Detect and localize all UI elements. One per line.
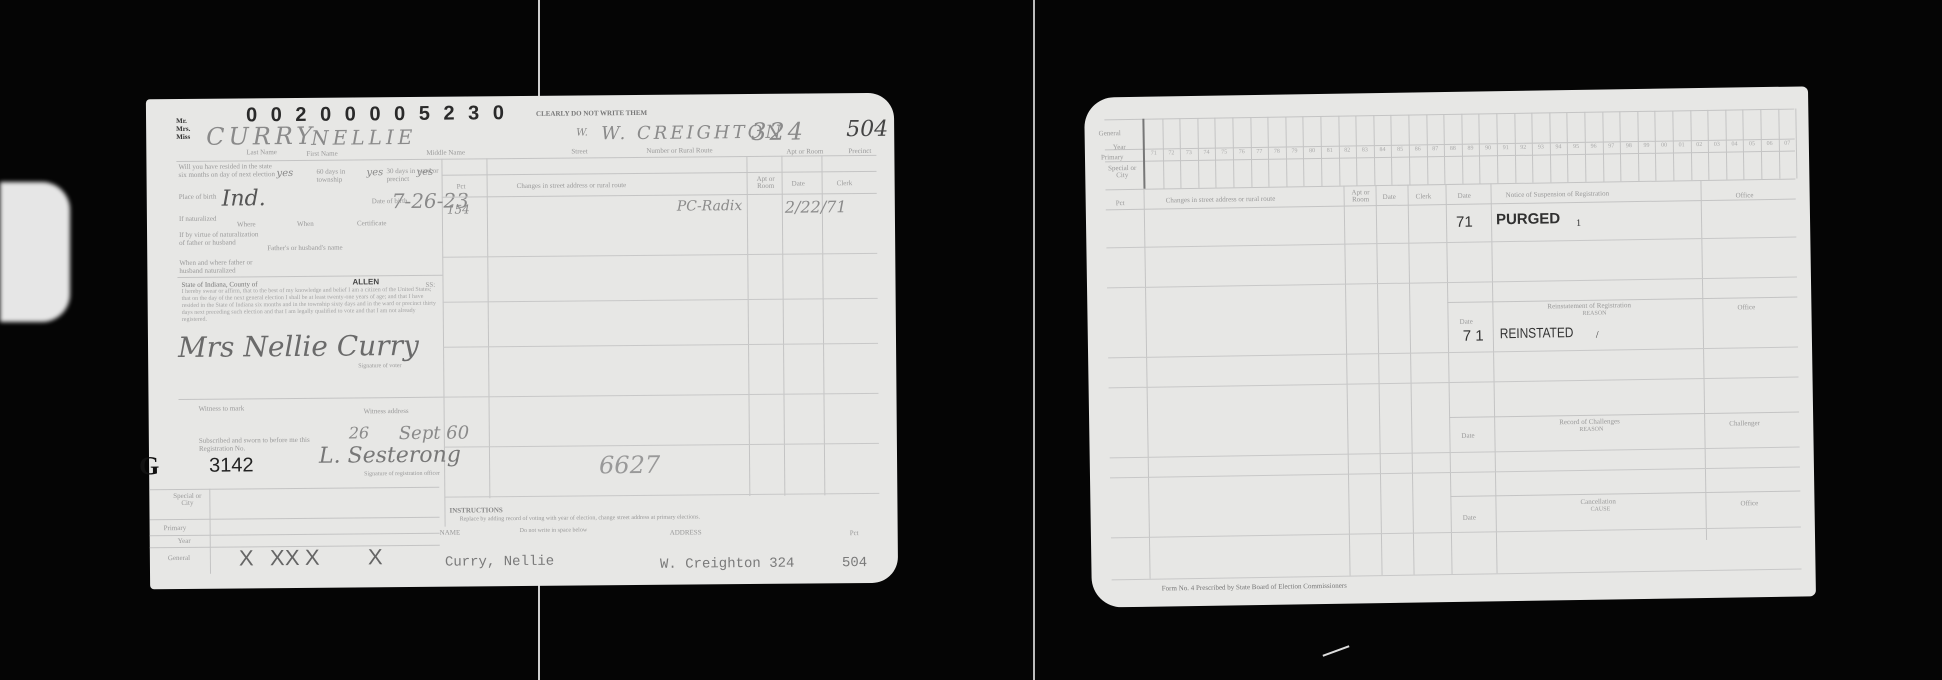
voter-signature: Mrs Nellie Curry [178,329,419,364]
oath-text: I hereby swear or affirm, that to the be… [182,287,440,324]
year-cell: 90 [1479,145,1497,151]
registration-letter: G [139,451,159,481]
col-clerk: Clerk [837,179,853,187]
suspension-section: Date Notice of Suspension of Registratio… [1084,86,1808,97]
col-clerk: Clerk [1416,192,1432,200]
year-cell: 05 [1743,141,1761,147]
label-precinct: Precinct [848,147,871,155]
header-note: CLEARLY DO NOT WRITE THEM [536,109,647,118]
year-cell: 73 [1180,150,1198,156]
reinstatement-date-label: Date [1460,318,1473,326]
cancellation-title: Cancellation [1580,497,1616,506]
house-number: 324 [751,118,806,146]
year-cell: 77 [1250,149,1268,155]
vote-mark: X [270,545,285,571]
cancellation-date-label: Date [1463,514,1476,522]
label-where: Where [237,220,256,228]
cancellation-office-label: Office [1740,499,1758,507]
label-street: Street [571,147,587,155]
year-cell: 78 [1268,149,1286,155]
label-last-name: Last Name [246,148,277,156]
answer-precinct: yes [416,167,433,178]
subscribed-label: Subscribed and sworn to before me this [199,436,310,445]
year-cell: 72 [1162,150,1180,156]
vote-mark: X [368,544,383,570]
challenges-section: Record of Challenges REASON Date Challen… [1084,86,1808,97]
col-apt: Apt or Room [1348,189,1374,203]
year-cell: 98 [1620,143,1638,149]
precinct: 504 [846,117,888,142]
year-cell: 80 [1303,148,1321,154]
reinstatement-office-label: Office [1737,303,1755,311]
challenges-date-label: Date [1461,432,1474,440]
grid-label-general: General [1099,129,1121,137]
year-cell: 94 [1550,144,1568,150]
reinstatement-reason: REASON [1582,311,1606,317]
suspension-title: Notice of Suspension of Registration [1506,189,1610,199]
vote-mark: X [305,545,320,571]
year-cell: 74 [1198,150,1216,156]
col-pct: Pct [1116,199,1125,207]
challenges-title: Record of Challenges [1559,417,1620,426]
col-date: Date [792,180,805,188]
grid-label-special: Special or City [1105,165,1139,180]
suspension-office-label: Office [1736,191,1754,199]
question-parent-naturalization: If by virtue of naturalization of father… [179,230,259,247]
year-cell: 83 [1356,147,1374,153]
instructions-text: Replace by adding record of voting with … [460,514,700,522]
salutations: Mr. Mrs. Miss [176,117,190,141]
registrar-label: Signature of registration officer [364,471,440,478]
instructions-pct-label: Pct [850,529,859,537]
year-cell: 87 [1426,146,1444,152]
col-changes: Changes in street address or rural route [1166,195,1276,205]
frame-divider [1033,0,1035,680]
question-resided-state: Will you have resided in the state six m… [178,162,278,179]
year-cell: 97 [1602,143,1620,149]
year-cell: 99 [1638,143,1656,149]
year-cell: 81 [1321,148,1339,154]
year-cell: 85 [1391,147,1409,153]
grid-label-special: Special or City [169,493,205,507]
witness-label: Witness to mark [199,404,245,412]
year-cell: 76 [1233,149,1251,155]
col-apt: Apt or Room [752,176,780,190]
col-pct: Pct [457,182,466,190]
adjacent-card-fragment [0,182,70,322]
first-name: NELLIE [311,125,416,150]
suspension-date: 71 [1456,214,1473,231]
reinstatement-entry: REINSTATED [1500,324,1574,341]
year-cell: 07 [1778,141,1796,147]
voter-card-back: General Year Primary Special or City 717… [1084,86,1816,607]
suspension-date-label: Date [1458,192,1471,200]
grid-label-primary: Primary [164,524,187,532]
typed-pct: 504 [842,555,867,571]
witness-address-label: Witness address [364,407,409,415]
instructions-title: INSTRUCTIONS [449,506,502,514]
film-scratch [1323,645,1350,656]
change-pct: 154 [447,202,470,216]
col-changes: Changes in street address or rural route [517,181,627,190]
year-cell: 75 [1215,149,1233,155]
cancellation-section: Cancellation CAUSE Date Office [1084,86,1808,97]
label-certificate: Certificate [357,219,387,227]
answer-resided-state: yes [276,168,293,179]
subscribed-month: Sept 60 [399,422,470,444]
instructions-address-label: ADDRESS [670,528,702,536]
voting-grid: Special or City Primary Year General X X… [146,93,894,100]
year-cell: 01 [1673,142,1691,148]
last-name: CURRY [206,122,316,151]
answer-township: yes [366,167,383,178]
oath-county: ALLEN [352,277,379,286]
year-cell: 03 [1708,142,1726,148]
year-cell: 91 [1497,145,1515,151]
instructions-note: Do not write in space below [520,527,588,534]
year-cell: 06 [1761,141,1779,147]
grid-label-year: Year [1113,143,1126,151]
question-when-where: When and where father or husband natural… [179,258,269,275]
challenges-challenger-label: Challenger [1729,419,1760,427]
reinstatement-date: 7 1 [1463,327,1484,344]
grid-label-primary: Primary [1101,153,1124,161]
voter-card-front: 0 0 2 0 0 0 0 5 2 3 0 CLEARLY DO NOT WRI… [146,93,898,590]
year-cell: 86 [1409,146,1427,152]
registration-number: 3142 [209,454,254,477]
change-entry: PC-Radix [677,198,743,215]
signature-label: Signature of voter [358,363,401,369]
typed-name: Curry, Nellie [445,554,554,571]
year-cell: 04 [1726,141,1744,147]
grid-label-year: Year [178,537,191,545]
grid-label-general: General [168,554,190,562]
year-cell: 89 [1462,146,1480,152]
year-cell: 02 [1690,142,1708,148]
year-cell: 92 [1514,145,1532,151]
reinstatement-title: Reinstatement of Registration [1547,301,1631,310]
label-middle-name: Middle Name [426,148,465,156]
cancellation-cause: CAUSE [1591,507,1611,513]
vote-mark: X [285,545,300,571]
address-changes-table: Pct Changes in street address or rural r… [146,93,894,100]
label-father-name: Father's or husband's name [267,244,343,253]
street-prefix: W. [576,127,588,138]
instructions-name-label: NAME [440,529,461,537]
reinstatement-mark: / [1596,330,1599,341]
form-footer: Form No. 4 Prescribed by State Board of … [1162,582,1347,593]
change-date: 2/22/71 [785,197,847,217]
year-cell: 84 [1374,147,1392,153]
suspension-mark: 1 [1576,218,1581,229]
year-cell: 79 [1286,148,1304,154]
answer-birthplace: Ind. [222,186,266,211]
reinstatement-section: Reinstatement of Registration REASON Dat… [1084,86,1808,97]
label-when: When [297,220,314,228]
subscribed-day: 26 [349,423,370,442]
year-cell: 88 [1444,146,1462,152]
registrar-signature: L. Sesterong [319,443,461,469]
year-cell: 00 [1655,142,1673,148]
question-township: 60 days in township [316,167,366,183]
question-birthplace: Place of birth [179,193,219,201]
year-cell: 82 [1338,147,1356,153]
label-number: Number or Rural Route [646,146,712,155]
col-date: Date [1383,193,1396,201]
challenges-reason: REASON [1579,427,1603,433]
vote-mark: X [239,545,254,571]
year-cell: 96 [1585,144,1603,150]
label-first-name: First Name [306,150,337,158]
voting-history-grid: General Year Primary Special or City 717… [1084,86,1808,97]
typed-address: W. Creighton 324 [660,556,795,573]
year-cell: 95 [1567,144,1585,150]
year-cell: 71 [1145,150,1163,156]
year-cell: 93 [1532,144,1550,150]
registration-no-label: Registration No. [199,444,245,452]
stray-number: 6627 [599,451,660,480]
question-naturalized: If naturalized [179,215,217,223]
suspension-entry: PURGED [1496,210,1560,228]
